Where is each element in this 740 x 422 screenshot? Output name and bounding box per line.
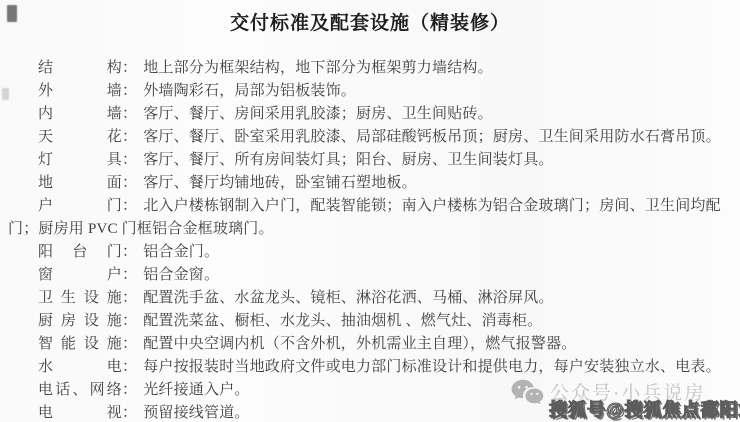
scan-artifact: [2, 88, 9, 100]
row-colon: ：: [122, 359, 137, 375]
spec-row: 电话、网络：光纤接通入户。: [0, 379, 740, 402]
row-colon: ：: [122, 83, 137, 99]
row-colon: ：: [122, 60, 137, 76]
spec-row: 阳台门：铝合金门。: [0, 241, 740, 264]
row-content: 铝合金窗。: [143, 267, 219, 283]
row-label: 内墙: [38, 103, 122, 126]
row-colon: ：: [122, 267, 137, 283]
row-content: 地上部分为框架结构，地下部分为框架剪力墙结构。: [143, 60, 493, 76]
spec-row: 内墙：客厅、餐厅、房间采用乳胶漆；厨房、卫生间贴砖。: [0, 103, 740, 126]
row-content: 配置洗菜盆、橱柜、水龙头、抽油烟机 、燃气灶、消毒柜。: [143, 313, 542, 329]
row-label: 阳台门: [38, 241, 122, 264]
row-label: 地面: [38, 172, 122, 195]
spec-row: 灯具：客厅、餐厅、所有房间装灯具；阳台、厨房、卫生间装灯具。: [0, 149, 740, 172]
row-content: 每户按报装时当地政府文件或电力部门标准设计和提供电力，每户安装独立水、电表。: [143, 359, 721, 375]
row-content: 光纤接通入户。: [143, 382, 249, 398]
row-label: 卫生设施: [38, 287, 122, 310]
row-content: 客厅、餐厅、卧室采用乳胶漆、局部硅酸钙板吊顶；厨房、卫生间采用防水石膏吊顶。: [143, 129, 721, 145]
row-colon: ：: [122, 175, 137, 191]
row-content: 外墙陶彩石，局部为铝板装饰。: [143, 83, 356, 99]
spec-row: 天花：客厅、餐厅、卧室采用乳胶漆、局部硅酸钙板吊顶；厨房、卫生间采用防水石膏吊顶…: [0, 126, 740, 149]
spec-row: 智能设施：配置中央空调内机（不含外机，外机需业主自理），燃气报警器。: [0, 333, 740, 356]
row-colon: ：: [122, 382, 137, 398]
row-label: 厨房设施: [38, 310, 122, 333]
row-label: 结构: [38, 57, 122, 80]
row-colon: ：: [122, 336, 137, 352]
row-colon: ：: [122, 152, 137, 168]
spec-row: 地面：客厅、餐厅均铺地砖，卧室铺石塑地板。: [0, 172, 740, 195]
row-colon: ：: [122, 198, 137, 214]
row-label: 电视: [38, 402, 122, 422]
spec-row: 电视：预留接线管道。: [0, 402, 740, 422]
spec-row: 窗户：铝合金窗。: [0, 264, 740, 287]
row-label: 天花: [38, 126, 122, 149]
spec-row: 户门：北入户楼栋钢制入户门，配装智能锁；南入户楼栋为铝合金玻璃门；房间、卫生间均…: [0, 195, 740, 241]
row-content: 配置中央空调内机（不含外机，外机需业主自理），燃气报警器。: [143, 336, 576, 352]
row-content: 预留接线管道。: [143, 405, 249, 421]
row-content: 客厅、餐厅、所有房间装灯具；阳台、厨房、卫生间装灯具。: [143, 152, 553, 168]
spec-row: 厨房设施：配置洗菜盆、橱柜、水龙头、抽油烟机 、燃气灶、消毒柜。: [0, 310, 740, 333]
document-page: 交付标准及配套设施（精装修） 结构：地上部分为框架结构，地下部分为框架剪力墙结构…: [0, 0, 740, 422]
scan-artifact: [7, 5, 17, 22]
row-content: 配置洗手盆、水盆龙头、镜柜、淋浴花洒、马桶、淋浴屏风。: [143, 290, 553, 306]
row-content: 客厅、餐厅均铺地砖，卧室铺石塑地板。: [143, 175, 417, 191]
row-colon: ：: [122, 313, 137, 329]
page-title: 交付标准及配套设施（精装修）: [0, 11, 740, 37]
spec-row: 外墙：外墙陶彩石，局部为铝板装饰。: [0, 80, 740, 103]
row-colon: ：: [122, 129, 137, 145]
row-label: 窗户: [38, 264, 122, 287]
row-label: 灯具: [38, 149, 122, 172]
row-colon: ：: [122, 244, 137, 260]
row-label: 户门: [38, 195, 122, 218]
spec-list: 结构：地上部分为框架结构，地下部分为框架剪力墙结构。 外墙：外墙陶彩石，局部为铝…: [0, 57, 740, 422]
row-content: 铝合金门。: [143, 244, 219, 260]
row-label: 智能设施: [38, 333, 122, 356]
row-colon: ：: [122, 405, 137, 421]
row-colon: ：: [122, 290, 137, 306]
row-content: 客厅、餐厅、房间采用乳胶漆；厨房、卫生间贴砖。: [143, 106, 493, 122]
row-colon: ：: [122, 106, 137, 122]
spec-row: 卫生设施：配置洗手盆、水盆龙头、镜柜、淋浴花洒、马桶、淋浴屏风。: [0, 287, 740, 310]
row-label: 电话、网络: [38, 379, 122, 402]
spec-row: 结构：地上部分为框架结构，地下部分为框架剪力墙结构。: [0, 57, 740, 80]
row-label: 外墙: [38, 80, 122, 103]
spec-row: 水电：每户按报装时当地政府文件或电力部门标准设计和提供电力，每户安装独立水、电表…: [0, 356, 740, 379]
row-label: 水电: [38, 356, 122, 379]
